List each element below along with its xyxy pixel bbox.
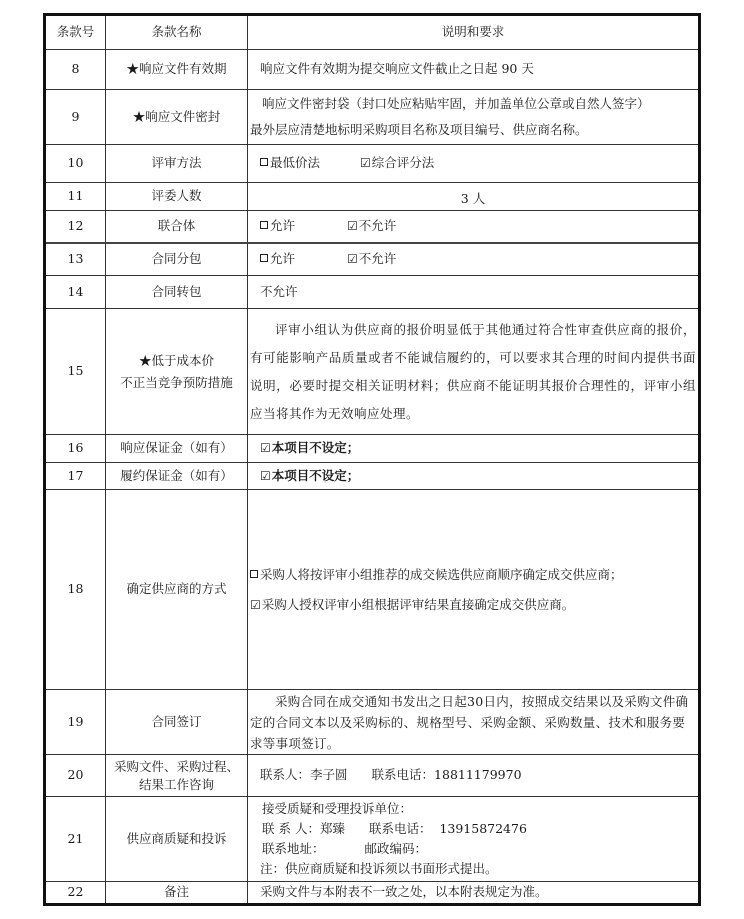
clause-number: 20 — [45, 755, 106, 797]
contact-phone: 18811179970 — [434, 767, 521, 782]
desc-line: 响应文件密封袋（封口处应粘贴牢固，并加盖单位公章或自然人签字） — [250, 91, 696, 117]
checked-box-icon[interactable]: ☑ — [347, 252, 358, 268]
clause-name: ★响应文件有效期 — [106, 50, 248, 90]
clause-option[interactable]: ☑本项目不设定； — [248, 435, 700, 463]
option-ranked-selection[interactable]: 采购人将按评审小组推荐的成交候选供应商顺序确定成交供应商； — [250, 560, 696, 590]
checked-box-icon[interactable]: ☑ — [360, 156, 371, 172]
clause-number: 17 — [45, 463, 106, 490]
table-row: 19 合同签订 采购合同在成交通知书发出之日起30日内，按照成交结果以及采购文件… — [45, 690, 700, 755]
table-row: 11 评委人数 3 人 — [45, 183, 700, 211]
clause-name: 采购文件、采购过程、 结果工作咨询 — [106, 755, 248, 797]
option-allow[interactable]: 允许 — [260, 218, 295, 234]
clause-description: 采购合同在成交通知书发出之日起30日内，按照成交结果以及采购文件确定的合同文本以… — [248, 690, 700, 755]
clause-number: 21 — [45, 797, 106, 882]
clause-options: 允许 ☑不允许 — [248, 243, 700, 276]
clause-description: 3 人 — [248, 183, 700, 211]
clause-name: 确定供应商的方式 — [106, 490, 248, 690]
clause-description: 响应文件密封袋（封口处应粘贴牢固，并加盖单位公章或自然人签字） 最外层应清楚地标… — [248, 90, 700, 145]
clause-number: 15 — [45, 309, 106, 435]
clause-options: 采购人将按评审小组推荐的成交候选供应商顺序确定成交供应商； ☑采购人授权评审小组… — [248, 490, 700, 690]
clause-name: ★响应文件密封 — [106, 90, 248, 145]
clause-description: 响应文件有效期为提交响应文件截止之日起 90 天 — [248, 50, 700, 90]
clause-description: 评审小组认为供应商的报价明显低于其他通过符合性审查供应商的报价，有可能影响产品质… — [248, 309, 700, 435]
option-panel-authorized[interactable]: ☑采购人授权评审小组根据评审结果直接确定成交供应商。 — [250, 590, 696, 620]
clause-name: 评委人数 — [106, 183, 248, 211]
checked-box-icon[interactable]: ☑ — [260, 469, 271, 485]
clause-description: 不允许 — [248, 276, 700, 309]
unchecked-box-icon[interactable] — [250, 570, 258, 578]
table-header-row: 条款号 条款名称 说明和要求 — [45, 15, 700, 50]
clause-name: 合同转包 — [106, 276, 248, 309]
procurement-terms-table: 条款号 条款名称 说明和要求 8 ★响应文件有效期 响应文件有效期为提交响应文件… — [43, 13, 701, 906]
unchecked-box-icon[interactable] — [260, 254, 268, 262]
table-row: 10 评审方法 最低价法 ☑综合评分法 — [45, 145, 700, 183]
clause-number: 10 — [45, 145, 106, 183]
table-row: 14 合同转包 不允许 — [45, 276, 700, 309]
desc-line: 最外层应清楚地标明采购项目名称及项目编号、供应商名称。 — [250, 117, 696, 143]
table-row: 12 联合体 允许 ☑不允许 — [45, 211, 700, 243]
unchecked-box-icon[interactable] — [260, 158, 268, 166]
contact-phone: 13915872476 — [439, 821, 526, 836]
option-allow[interactable]: 允许 — [260, 251, 295, 267]
contact-name: 郑臻 — [320, 821, 345, 836]
checked-box-icon[interactable]: ☑ — [347, 219, 358, 235]
option-comprehensive-score[interactable]: ☑综合评分法 — [360, 155, 434, 172]
table-row: 9 ★响应文件密封 响应文件密封袋（封口处应粘贴牢固，并加盖单位公章或自然人签字… — [45, 90, 700, 145]
option-disallow[interactable]: ☑不允许 — [347, 251, 396, 268]
table-row: 22 备注 采购文件与本附表不一致之处，以本附表规定为准。 — [45, 882, 700, 905]
clause-number: 13 — [45, 243, 106, 276]
clause-complaint-contact: 接受质疑和受理投诉单位： 联 系 人：郑臻联系电话： 13915872476 联… — [248, 797, 700, 882]
header-description: 说明和要求 — [248, 15, 700, 50]
clause-number: 22 — [45, 882, 106, 905]
table-row: 21 供应商质疑和投诉 接受质疑和受理投诉单位： 联 系 人：郑臻联系电话： 1… — [45, 797, 700, 882]
clause-number: 8 — [45, 50, 106, 90]
clause-name: 供应商质疑和投诉 — [106, 797, 248, 882]
option-lowest-price[interactable]: 最低价法 — [260, 155, 320, 171]
checked-box-icon[interactable]: ☑ — [250, 590, 261, 620]
clause-number: 19 — [45, 690, 106, 755]
table-row: 20 采购文件、采购过程、 结果工作咨询 联系人：李子圆联系电话：1881117… — [45, 755, 700, 797]
clause-name: ★低于成本价 不正当竞争预防措施 — [106, 309, 248, 435]
unchecked-box-icon[interactable] — [260, 221, 268, 229]
clause-name: 评审方法 — [106, 145, 248, 183]
checked-box-icon[interactable]: ☑ — [260, 441, 271, 457]
clause-name: 备注 — [106, 882, 248, 905]
clause-name: 合同分包 — [106, 243, 248, 276]
table-row: 8 ★响应文件有效期 响应文件有效期为提交响应文件截止之日起 90 天 — [45, 50, 700, 90]
clause-number: 14 — [45, 276, 106, 309]
clause-name: 联合体 — [106, 211, 248, 243]
clause-number: 9 — [45, 90, 106, 145]
header-clause-name: 条款名称 — [106, 15, 248, 50]
header-clause-number: 条款号 — [45, 15, 106, 50]
table-row: 13 合同分包 允许 ☑不允许 — [45, 243, 700, 276]
table-row: 17 履约保证金（如有） ☑本项目不设定； — [45, 463, 700, 490]
clause-description: 采购文件与本附表不一致之处，以本附表规定为准。 — [248, 882, 700, 905]
table-row: 18 确定供应商的方式 采购人将按评审小组推荐的成交候选供应商顺序确定成交供应商… — [45, 490, 700, 690]
clause-options: 允许 ☑不允许 — [248, 211, 700, 243]
option-disallow[interactable]: ☑不允许 — [347, 218, 396, 235]
clause-number: 18 — [45, 490, 106, 690]
clause-name: 响应保证金（如有） — [106, 435, 248, 463]
clause-name: 履约保证金（如有） — [106, 463, 248, 490]
table-row: 15 ★低于成本价 不正当竞争预防措施 评审小组认为供应商的报价明显低于其他通过… — [45, 309, 700, 435]
table-row: 16 响应保证金（如有） ☑本项目不设定； — [45, 435, 700, 463]
contact-name: 李子圆 — [310, 767, 348, 782]
clause-number: 11 — [45, 183, 106, 211]
clause-options: 最低价法 ☑综合评分法 — [248, 145, 700, 183]
clause-name: 合同签订 — [106, 690, 248, 755]
clause-option[interactable]: ☑本项目不设定； — [248, 463, 700, 490]
clause-number: 12 — [45, 211, 106, 243]
clause-number: 16 — [45, 435, 106, 463]
clause-contact: 联系人：李子圆联系电话：18811179970 — [248, 755, 700, 797]
